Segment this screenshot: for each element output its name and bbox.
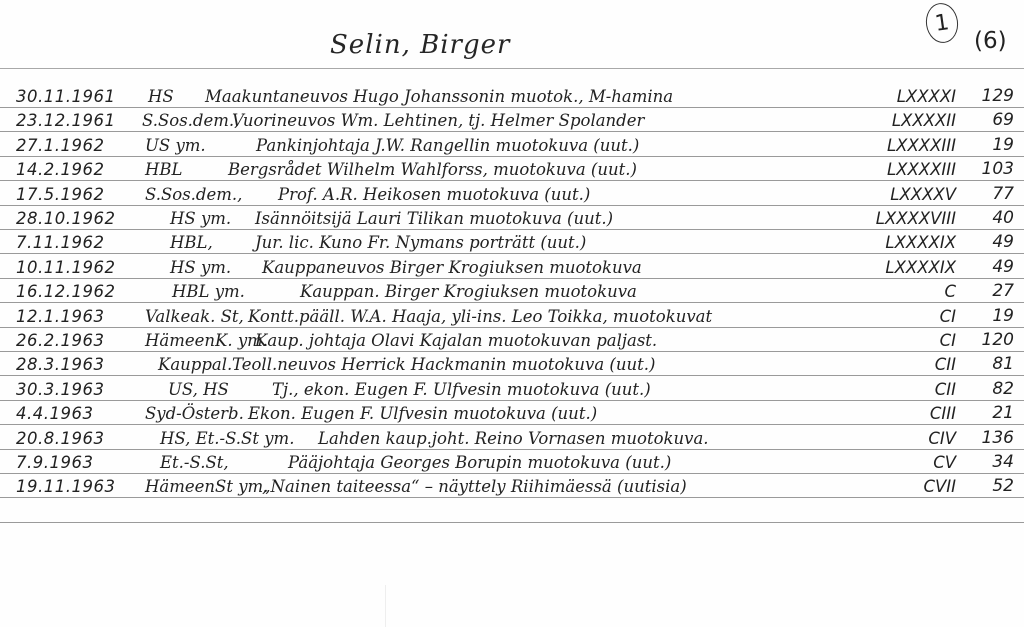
entry-page: 103 (962, 159, 1014, 179)
header-rule (0, 68, 1024, 69)
entry-page: 82 (962, 379, 1014, 399)
entry-source: HS ym. (170, 209, 231, 228)
entry-description: Lahden kaup.joht. Reino Vornasen muotoku… (318, 429, 709, 448)
index-card: Selin, Birger 1 (6) 30.11.1961HSMaakunta… (0, 0, 1024, 627)
entry-description: Prof. A.R. Heikosen muotokuva (uut.) (278, 185, 590, 204)
entry-description: Pääjohtaja Georges Borupin muotokuva (uu… (288, 453, 671, 472)
entry-description: Kauppaneuvos Birger Krogiuksen muotokuva (262, 258, 642, 277)
card-crease (385, 585, 386, 627)
entry-row: 28.10.1962HS ym.Isännöitsijä Lauri Tilik… (0, 205, 1024, 229)
entry-volume: LXXXXII (892, 111, 956, 130)
entry-volume: CI (940, 331, 956, 350)
entry-description: Pankinjohtaja J.W. Rangellin muotokuva (… (256, 136, 639, 155)
entry-description: Vuorineuvos Wm. Lehtinen, tj. Helmer Spo… (232, 111, 644, 130)
entry-page: 69 (962, 110, 1014, 130)
entry-volume: LXXXXIII (887, 136, 956, 155)
entry-date: 30.3.1963 (16, 380, 156, 399)
entry-page: 129 (962, 86, 1014, 106)
entry-description: Ekon. Eugen F. Ulfvesin muotokuva (uut.) (248, 404, 597, 423)
circled-card-number: 1 (923, 1, 960, 45)
entry-row: 10.11.1962HS ym.Kauppaneuvos Birger Krog… (0, 254, 1024, 278)
entry-source: HämeenK. ym. (145, 331, 268, 350)
entry-source: HS, Et.-S.St ym. (160, 429, 294, 448)
entry-date: 28.10.1962 (16, 209, 156, 228)
entry-volume: CII (935, 355, 956, 374)
entry-source: Et.-S.St, (160, 453, 229, 472)
ruled-line (0, 522, 1024, 523)
entry-date: 27.1.1962 (16, 136, 156, 155)
entry-row: 7.11.1962HBL,Jur. lic. Kuno Fr. Nymans p… (0, 229, 1024, 253)
bracketed-count: (6) (974, 28, 1007, 54)
entry-source: S.Sos.dem., (145, 185, 242, 204)
entry-row: 20.8.1963HS, Et.-S.St ym.Lahden kaup.joh… (0, 425, 1024, 449)
entry-volume: LXXXXIX (885, 258, 956, 277)
entry-date: 23.12.1961 (16, 111, 156, 130)
entry-row: 30.11.1961HSMaakuntaneuvos Hugo Johansso… (0, 83, 1024, 107)
entry-page: 19 (962, 306, 1014, 326)
card-title: Selin, Birger (330, 30, 510, 60)
entry-page: 19 (962, 135, 1014, 155)
entry-date: 12.1.1963 (16, 307, 156, 326)
entry-page: 81 (962, 354, 1014, 374)
entry-page: 52 (962, 476, 1014, 496)
entry-row: 7.9.1963Et.-S.St,Pääjohtaja Georges Boru… (0, 449, 1024, 473)
entry-volume: CI (940, 307, 956, 326)
entry-source: Kauppal. (158, 355, 232, 374)
entry-row: 19.11.1963HämeenSt ym.„Nainen taiteessa“… (0, 473, 1024, 497)
entry-description: Teoll.neuvos Herrick Hackmanin muotokuva… (232, 355, 655, 374)
entry-page: 77 (962, 184, 1014, 204)
entry-volume: CIII (930, 404, 956, 423)
entry-source: US ym. (145, 136, 206, 155)
entry-date: 20.8.1963 (16, 429, 156, 448)
entry-row: 23.12.1961S.Sos.dem.,Vuorineuvos Wm. Leh… (0, 107, 1024, 131)
entry-row: 16.12.1962HBL ym.Kauppan. Birger Krogiuk… (0, 278, 1024, 302)
entry-description: Bergsrådet Wilhelm Wahlforss, muotokuva … (228, 160, 637, 179)
entry-page: 40 (962, 208, 1014, 228)
entry-row: 26.2.1963HämeenK. ym.Kaup. johtaja Olavi… (0, 327, 1024, 351)
entry-description: „Nainen taiteessa“ – näyttely Riihimäess… (262, 477, 687, 496)
entry-date: 30.11.1961 (16, 87, 156, 106)
entry-description: Kauppan. Birger Krogiuksen muotokuva (300, 282, 637, 301)
entry-date: 16.12.1962 (16, 282, 156, 301)
entry-row: 30.3.1963US, HSTj., ekon. Eugen F. Ulfve… (0, 376, 1024, 400)
entry-description: Isännöitsijä Lauri Tilikan muotokuva (uu… (255, 209, 613, 228)
entry-page: 21 (962, 403, 1014, 423)
entry-row: 27.1.1962US ym.Pankinjohtaja J.W. Rangel… (0, 132, 1024, 156)
entry-date: 7.11.1962 (16, 233, 156, 252)
entry-row: 14.2.1962HBLBergsrådet Wilhelm Wahlforss… (0, 156, 1024, 180)
entry-source: HBL (145, 160, 182, 179)
entry-page: 120 (962, 330, 1014, 350)
ruled-line (0, 497, 1024, 498)
entry-volume: CIV (928, 429, 956, 448)
entry-volume: LXXXXI (897, 87, 956, 106)
entry-row: 12.1.1963Valkeak. St,Kontt.pääll. W.A. H… (0, 303, 1024, 327)
entry-date: 26.2.1963 (16, 331, 156, 350)
entry-row: 17.5.1962S.Sos.dem.,Prof. A.R. Heikosen … (0, 181, 1024, 205)
entry-page: 34 (962, 452, 1014, 472)
entry-volume: C (944, 282, 956, 301)
entry-page: 27 (962, 281, 1014, 301)
entry-row: 4.4.1963Syd-Österb.Ekon. Eugen F. Ulfves… (0, 400, 1024, 424)
entry-volume: LXXXXV (890, 185, 956, 204)
entry-source: HBL ym. (172, 282, 245, 301)
entry-page: 49 (962, 257, 1014, 277)
entry-source: HämeenSt ym. (145, 477, 268, 496)
entry-page: 49 (962, 232, 1014, 252)
entry-source: HS ym. (170, 258, 231, 277)
entry-volume: CII (935, 380, 956, 399)
entry-volume: CV (933, 453, 956, 472)
entry-date: 10.11.1962 (16, 258, 156, 277)
entry-date: 19.11.1963 (16, 477, 156, 496)
entry-date: 4.4.1963 (16, 404, 156, 423)
entry-volume: LXXXXIII (887, 160, 956, 179)
entry-date: 7.9.1963 (16, 453, 156, 472)
entry-source: S.Sos.dem., (142, 111, 239, 130)
entry-description: Jur. lic. Kuno Fr. Nymans porträtt (uut.… (255, 233, 586, 252)
card-number-text: 1 (933, 10, 950, 37)
entry-volume: LXXXXVIII (876, 209, 956, 228)
entry-source: Valkeak. St, (145, 307, 244, 326)
entry-description: Kaup. johtaja Olavi Kajalan muotokuvan p… (255, 331, 657, 350)
entry-date: 17.5.1962 (16, 185, 156, 204)
entry-description: Maakuntaneuvos Hugo Johanssonin muotok.,… (205, 87, 673, 106)
entry-volume: LXXXXIX (885, 233, 956, 252)
entry-volume: CVII (923, 477, 956, 496)
entry-page: 136 (962, 428, 1014, 448)
entry-date: 28.3.1963 (16, 355, 156, 374)
entry-source: US, HS (168, 380, 229, 399)
entry-source: HBL, (170, 233, 213, 252)
entry-date: 14.2.1962 (16, 160, 156, 179)
entry-source: HS (148, 87, 174, 106)
entry-description: Tj., ekon. Eugen F. Ulfvesin muotokuva (… (272, 380, 651, 399)
entry-row: 28.3.1963Kauppal.Teoll.neuvos Herrick Ha… (0, 351, 1024, 375)
entry-description: Kontt.pääll. W.A. Haaja, yli-ins. Leo To… (248, 307, 712, 326)
entry-source: Syd-Österb. (145, 404, 244, 423)
